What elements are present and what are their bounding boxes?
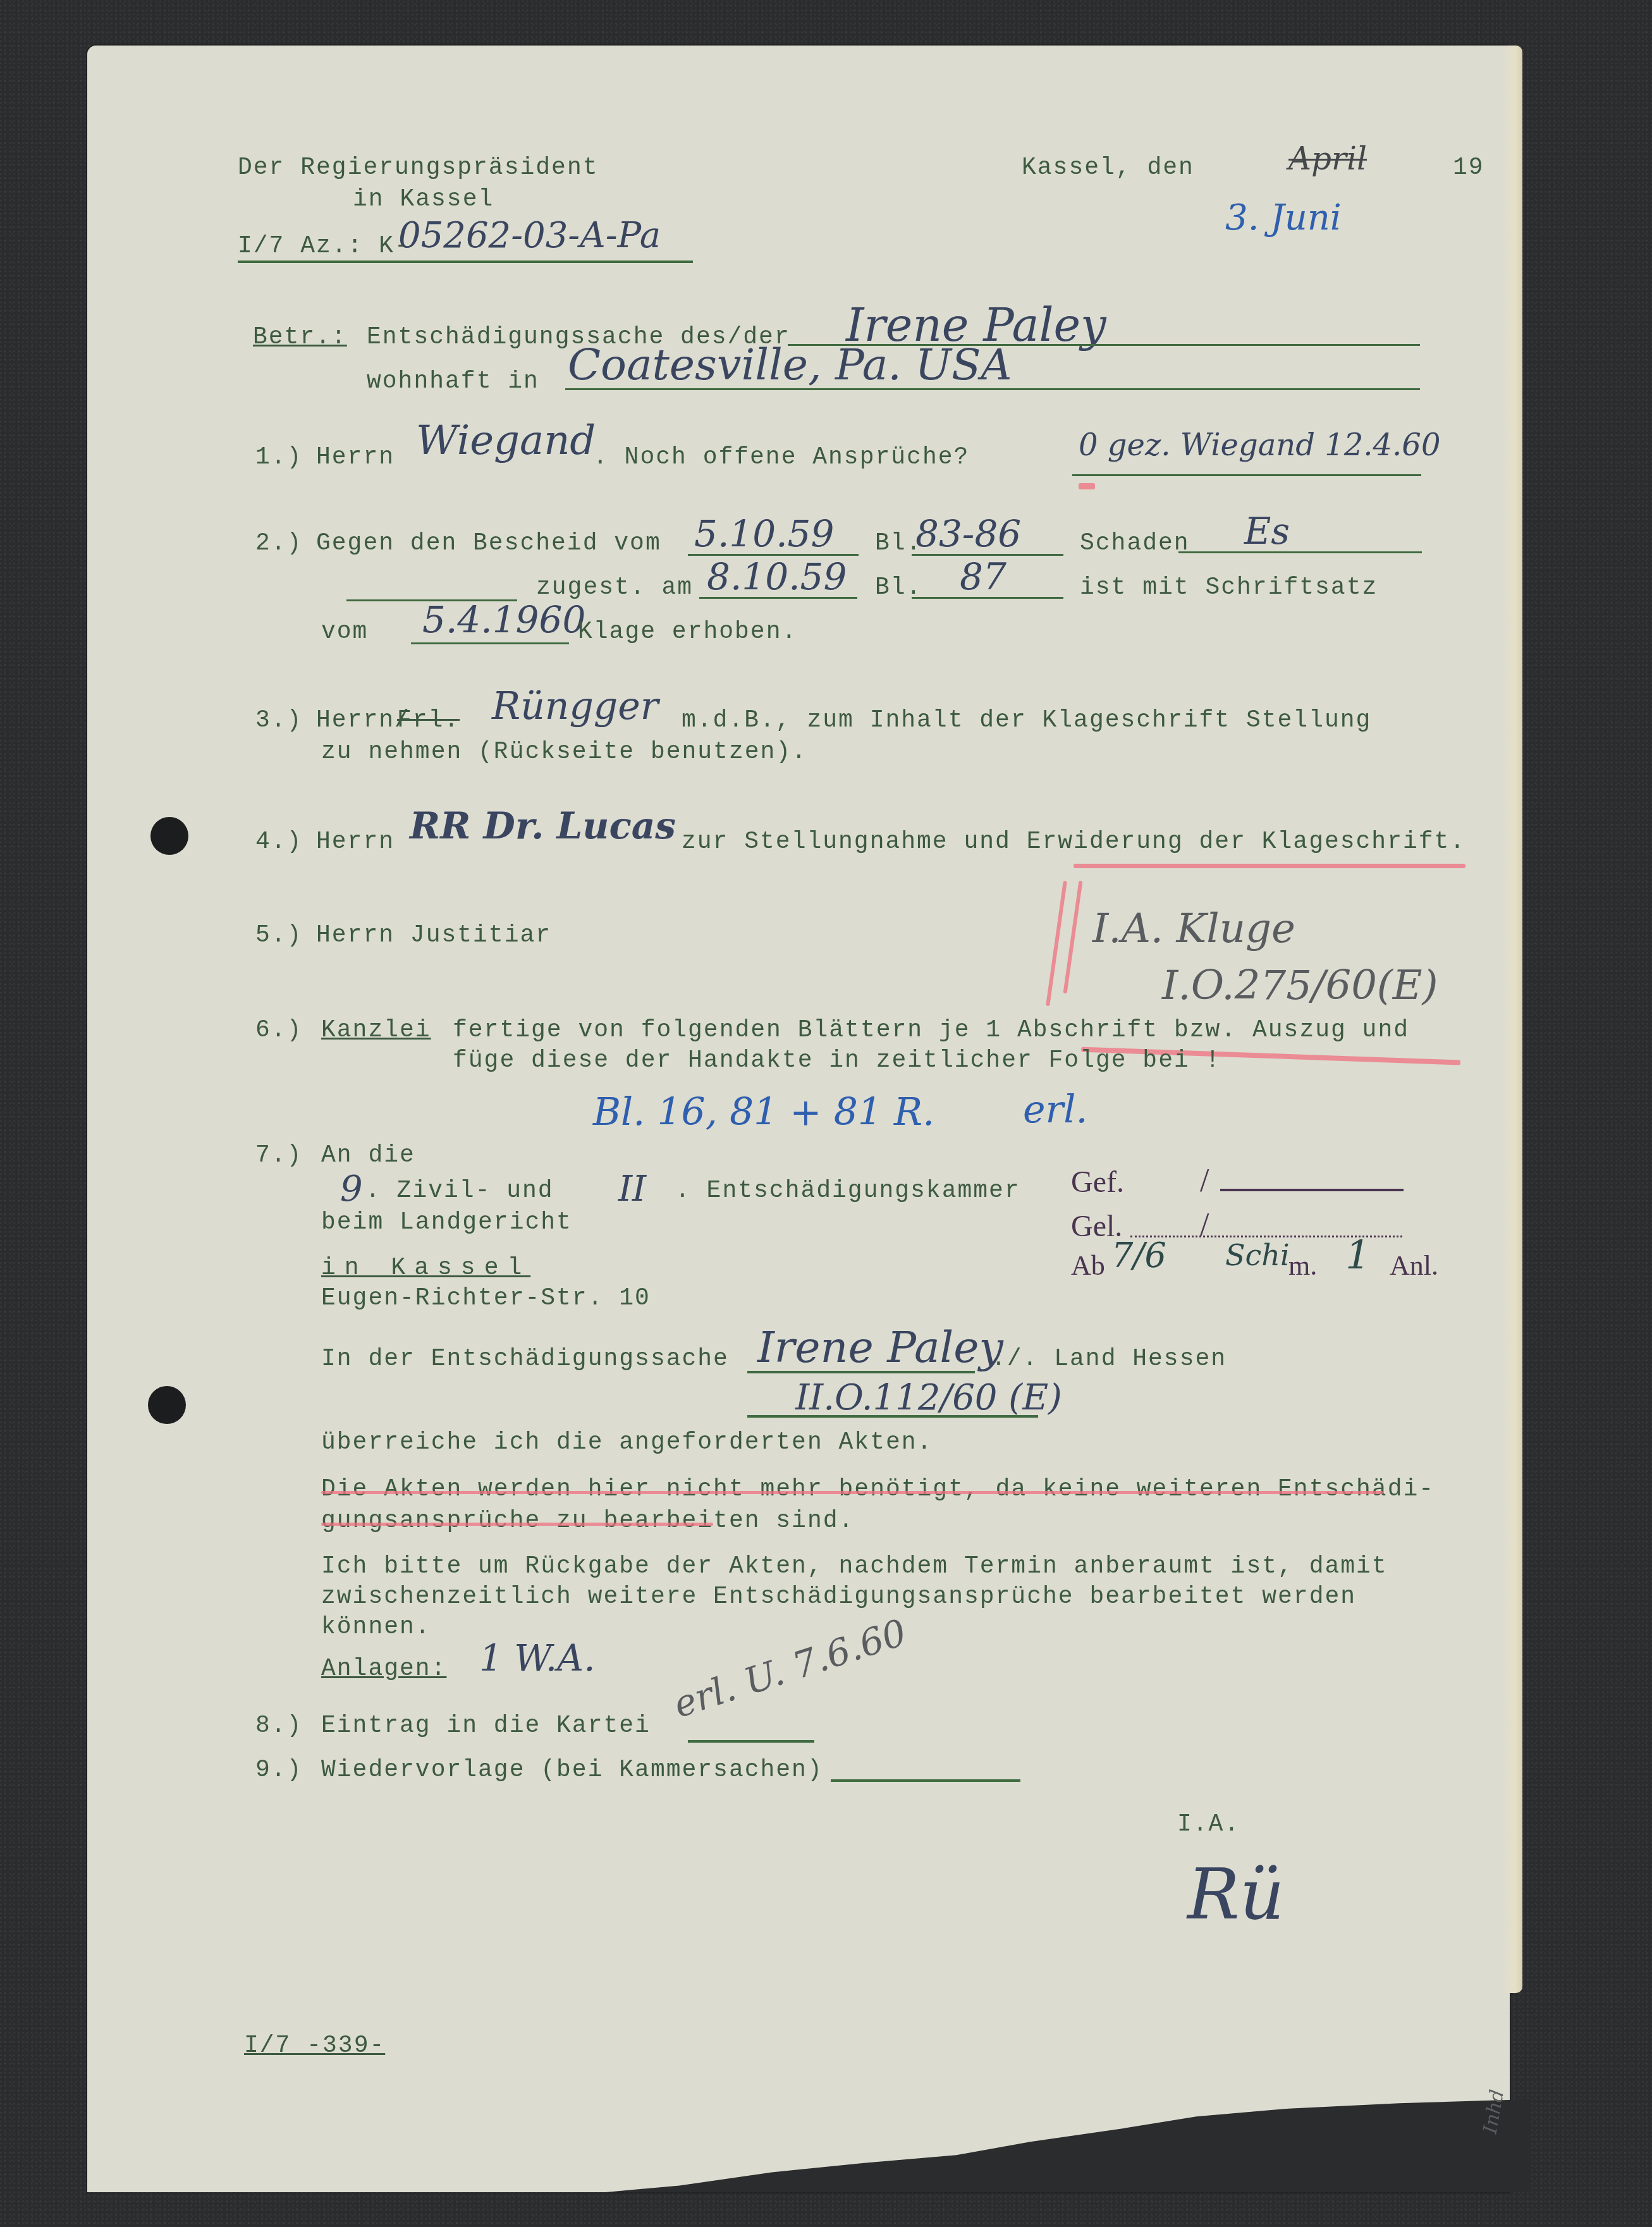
item-3-name: Rüngger bbox=[492, 684, 658, 728]
bl2-value: 87 bbox=[960, 555, 1006, 598]
red-strike-line2 bbox=[321, 1523, 713, 1526]
item-3-struck: Frl. bbox=[397, 707, 460, 734]
case-name: Irene Paley bbox=[757, 1323, 1003, 1373]
bescheid-date: 5.10.59 bbox=[694, 512, 834, 555]
item-7-line1: An die bbox=[321, 1142, 415, 1169]
item-3-text1: m.d.B., zum Inhalt der Klageschrift Stel… bbox=[682, 707, 1371, 734]
item-2-line2-b: ist mit Schriftsatz bbox=[1080, 574, 1378, 601]
item-3-number: 3.) bbox=[255, 707, 302, 734]
item-4-text: zur Stellungnahme und Erwiderung der Kla… bbox=[682, 828, 1465, 856]
document-page: Der Regierungspräsident in Kassel I/7 Az… bbox=[87, 46, 1510, 2192]
struck-para-line2: gungsansprüche zu bearbeiten sind. bbox=[321, 1507, 854, 1535]
file-number-handwritten: 05262-03-A-Pa bbox=[398, 215, 661, 256]
item-9-number: 9.) bbox=[255, 1757, 302, 1784]
item-2-line2-a: zugest. am bbox=[536, 574, 693, 601]
item-1-answer: 0 gez. Wiegand 12.4.60 bbox=[1079, 427, 1440, 463]
item-5-number: 5.) bbox=[255, 922, 302, 949]
city-line: in Kassel bbox=[321, 1255, 530, 1282]
item-5-text: Herrn Justitiar bbox=[316, 922, 551, 949]
item-8-text: Eintrag in die Kartei bbox=[321, 1712, 651, 1739]
civil-chamber-number: 9 bbox=[340, 1169, 363, 1210]
item-6-pages: Bl. 16, 81 + 81 R. bbox=[593, 1090, 934, 1134]
red-vertical-2 bbox=[1063, 880, 1083, 993]
item-3-text2: zu nehmen (Rückseite benutzen). bbox=[321, 739, 807, 766]
place-date-label: Kassel, den bbox=[1022, 154, 1194, 181]
item-9-text: Wiedervorlage (bei Kammersachen) bbox=[321, 1757, 823, 1784]
signature-initials: Rü bbox=[1187, 1854, 1285, 1935]
item-4-prefix: Herrn bbox=[316, 828, 395, 856]
stamp-anl-label: Anl. bbox=[1390, 1249, 1438, 1282]
zugest-date: 8.10.59 bbox=[707, 555, 847, 598]
date-handwritten: 3. Juni bbox=[1225, 197, 1342, 238]
item-6-keyword: Kanzlei bbox=[321, 1017, 431, 1044]
schriftsatz-date-underline bbox=[411, 642, 569, 644]
versus-text: ./. Land Hessen bbox=[991, 1346, 1227, 1373]
schaden-value: Es bbox=[1244, 510, 1290, 553]
item-8-underline bbox=[688, 1740, 814, 1743]
margin-note-line1: I.A. Kluge bbox=[1092, 905, 1295, 952]
comp-chamber-text: . Entschädigungskammer bbox=[675, 1177, 1020, 1205]
item-4-name: RR Dr. Lucas bbox=[410, 804, 676, 847]
red-mark-item-1 bbox=[1079, 483, 1095, 489]
item-1-number: 1.) bbox=[255, 444, 302, 471]
stamp-gef-label: Gef. bbox=[1071, 1165, 1124, 1199]
file-prefix: I/7 Az.: K- bbox=[238, 233, 410, 260]
schaden-label: Schaden bbox=[1080, 530, 1190, 557]
stamp-anl-count: 1 bbox=[1345, 1232, 1370, 1278]
paper-right-edge bbox=[1503, 46, 1522, 1993]
torn-bottom-edge bbox=[606, 2059, 1529, 2192]
form-number: I/7 -339- bbox=[244, 2032, 385, 2059]
zugest-date-underline bbox=[699, 597, 857, 599]
court-line: beim Landgericht bbox=[321, 1209, 572, 1236]
item-2-line3-a: vom bbox=[321, 618, 368, 646]
item-1-text: . Noch offene Ansprüche? bbox=[593, 444, 969, 471]
schaden-underline bbox=[1178, 551, 1422, 553]
residence-underline bbox=[565, 388, 1420, 390]
struck-para-line1: Die Akten werden hier nicht mehr benötig… bbox=[321, 1476, 1435, 1503]
bl-range: 83-86 bbox=[915, 512, 1021, 555]
comp-chamber-number: II bbox=[618, 1169, 646, 1210]
item-1-underline bbox=[1072, 474, 1421, 476]
red-line-top bbox=[1074, 864, 1465, 868]
file-number-underline bbox=[238, 261, 693, 263]
stamp-ab-value: 7/6 bbox=[1111, 1236, 1166, 1275]
month-struck: April bbox=[1288, 140, 1367, 177]
handover-text: überreiche ich die angeforderten Akten. bbox=[321, 1429, 933, 1456]
item-1-prefix: Herrn bbox=[316, 444, 395, 471]
item-8-handwritten: erl. U. 7.6.60 bbox=[668, 1610, 912, 1726]
item-1-name: Wiegand bbox=[416, 417, 596, 464]
schriftsatz-date: 5.4.1960 bbox=[422, 598, 585, 641]
signature-ia-label: I.A. bbox=[1177, 1811, 1240, 1838]
street-line: Eugen-Richter-Str. 10 bbox=[321, 1285, 651, 1312]
return-para-line3: können. bbox=[321, 1614, 431, 1641]
stamp-ab-initials: Schi bbox=[1225, 1238, 1290, 1272]
item-9-underline bbox=[831, 1779, 1020, 1782]
subject-label: Betr.: bbox=[253, 324, 347, 351]
item-6-number: 6.) bbox=[255, 1017, 302, 1044]
stamp-gef-line bbox=[1220, 1189, 1404, 1191]
item-4-number: 4.) bbox=[255, 828, 302, 856]
case-intro: In der Entschädigungssache bbox=[321, 1346, 729, 1373]
attachments-value: 1 W.A. bbox=[479, 1636, 596, 1679]
item-6-initials: erl. bbox=[1023, 1088, 1087, 1132]
punch-hole-bottom bbox=[148, 1386, 186, 1424]
margin-note-line2: I.O.275/60(E) bbox=[1162, 962, 1438, 1009]
item-7-number: 7.) bbox=[255, 1142, 302, 1169]
authority-line-1: Der Regierungspräsident bbox=[238, 154, 599, 181]
court-reference-underline bbox=[747, 1415, 1038, 1418]
return-para-line2: zwischenzeitlich weitere Entschädigungsa… bbox=[321, 1583, 1356, 1610]
residence-value: Coatesville, Pa. USA bbox=[568, 340, 1012, 390]
civil-chamber-text: . Zivil- und bbox=[365, 1177, 554, 1205]
stamp-ab-label: Ab bbox=[1071, 1249, 1105, 1282]
year-prefix: 19 bbox=[1453, 154, 1484, 181]
residence-label: wohnhaft in bbox=[367, 368, 539, 395]
item-8-number: 8.) bbox=[255, 1712, 302, 1739]
bl2-underline bbox=[912, 597, 1063, 599]
attachments-label: Anlagen: bbox=[321, 1655, 446, 1683]
case-name-underline bbox=[747, 1371, 975, 1373]
return-para-line1: Ich bitte um Rückgabe der Akten, nachdem… bbox=[321, 1553, 1388, 1580]
item-6-text1: fertige von folgenden Blättern je 1 Absc… bbox=[453, 1017, 1409, 1044]
item-2-line1-a: Gegen den Bescheid vom bbox=[316, 530, 661, 557]
punch-hole-top bbox=[150, 817, 188, 855]
stamp-gef-value: / bbox=[1200, 1162, 1209, 1199]
red-strike-line1 bbox=[321, 1491, 1383, 1494]
authority-line-2: in Kassel bbox=[353, 186, 494, 213]
stamp-m-label: m. bbox=[1288, 1249, 1317, 1282]
court-reference: II.O.112/60 (E) bbox=[795, 1377, 1062, 1418]
item-6-text2: füge diese der Handakte in zeitlicher Fo… bbox=[453, 1047, 1221, 1074]
item-2-number: 2.) bbox=[255, 530, 302, 557]
item-3-prefix: Herrn/ bbox=[316, 707, 410, 734]
item-2-line3-b: Klage erhoben. bbox=[578, 618, 797, 646]
